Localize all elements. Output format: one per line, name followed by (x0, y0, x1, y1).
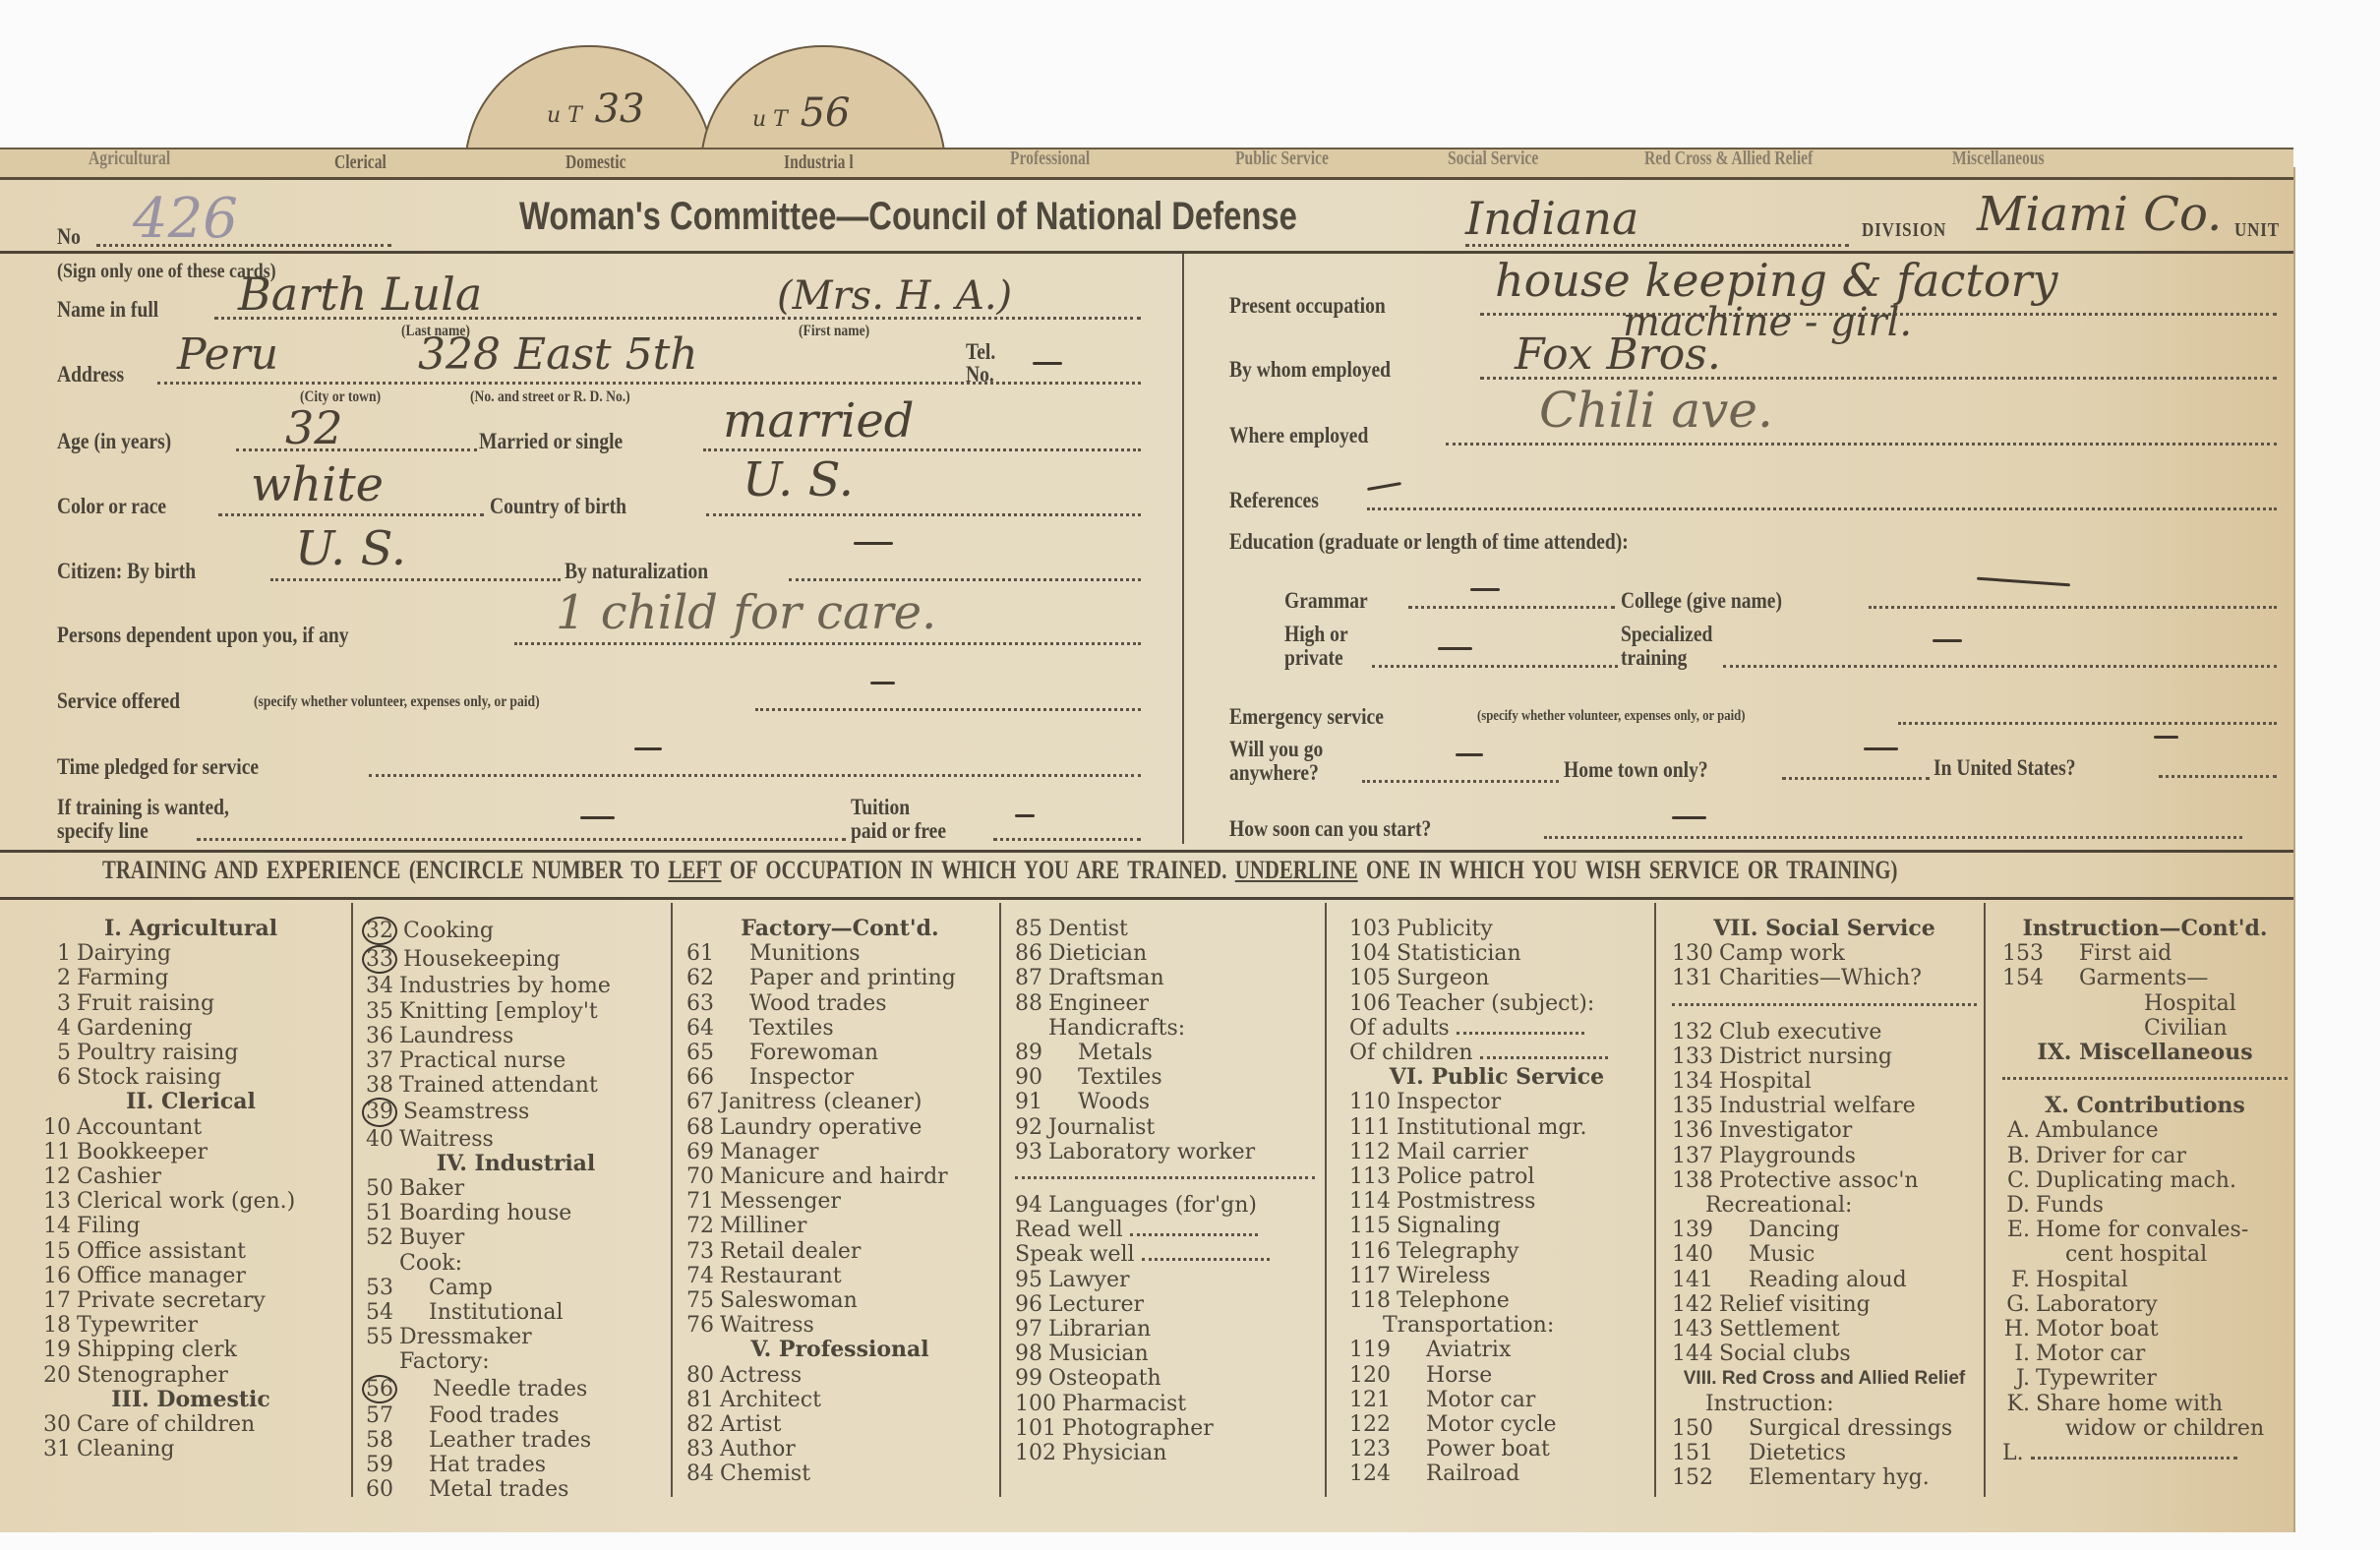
occupation-item[interactable]: 86Dietician (1015, 941, 1315, 966)
occupation-item[interactable]: 110Inspector (1349, 1090, 1644, 1114)
occupation-item[interactable]: 52Buyer (366, 1225, 666, 1250)
occupation-item[interactable]: 74Restaurant (686, 1264, 993, 1288)
occupation-item[interactable]: 136Investigator (1672, 1118, 1977, 1143)
name-label: Name in full (57, 297, 158, 323)
emergency-label: Emergency service (1229, 704, 1384, 730)
occupation-label: Industrial welfare (1719, 1094, 1916, 1118)
occupation-item[interactable]: 20Stenographer (43, 1363, 338, 1388)
occupation-number: 130 (1672, 941, 1713, 966)
occupation-number: 14 (43, 1214, 71, 1238)
occupation-item[interactable]: 96Lecturer (1015, 1292, 1315, 1317)
occupation-label: Publicity (1397, 917, 1493, 941)
citizen-field[interactable] (270, 578, 561, 581)
occupation-number: 76 (686, 1313, 714, 1338)
occupation-item[interactable]: E.Home for convales- (2002, 1218, 2288, 1242)
occupation-item[interactable]: 37Practical nurse (366, 1048, 666, 1073)
occupation-number: 66 (686, 1065, 714, 1090)
occupation-item[interactable]: 106Teacher (subject): (1349, 991, 1644, 1016)
occupation-number: 62 (686, 966, 714, 990)
occupation-item[interactable]: 101Photographer (1015, 1416, 1315, 1441)
occupation-item[interactable]: Cook: (366, 1251, 666, 1276)
occupation-number: 86 (1015, 941, 1042, 966)
occupation-item[interactable]: G.Laboratory (2002, 1292, 2288, 1317)
occupation-item[interactable]: 120Horse (1349, 1363, 1644, 1388)
state-field[interactable] (1465, 244, 1849, 247)
occupation-label: Relief visiting (1719, 1292, 1871, 1317)
occupation-label: Motor car (1397, 1388, 1535, 1412)
occupation-label: Civilian (2036, 1016, 2228, 1041)
occupation-number: 111 (1349, 1115, 1391, 1140)
race-field[interactable] (218, 513, 484, 516)
occupation-item[interactable]: I.Motor car (2002, 1341, 2288, 1366)
married-field[interactable] (703, 448, 1141, 451)
occupation-item[interactable]: 2Farming (43, 966, 338, 990)
occupation-item[interactable]: 11Bookkeeper (43, 1140, 338, 1164)
occupation-label: Transportation: (1383, 1313, 1554, 1338)
specialized-field[interactable] (1723, 665, 2277, 668)
occupation-item[interactable]: H.Motor boat (2002, 1317, 2288, 1341)
tuition-label-2: paid or free (851, 818, 946, 844)
occupation-label: Hat trades (399, 1453, 546, 1477)
occupation-item[interactable]: J.Typewriter (2002, 1366, 2288, 1391)
occupation-item[interactable]: 103Publicity (1349, 917, 1644, 941)
occupation-item[interactable]: 83Author (686, 1437, 993, 1461)
occupation-number: 112 (1349, 1140, 1391, 1164)
address-city: Peru (177, 329, 278, 380)
occupation-item[interactable]: Recreational: (1672, 1193, 1977, 1218)
occupation-item[interactable]: 93Laboratory worker (1015, 1140, 1315, 1164)
occupation-item[interactable]: 57Food trades (366, 1403, 666, 1428)
tel-value-dash (1033, 362, 1062, 365)
occupation-number: 6 (43, 1065, 71, 1090)
occupation-item[interactable]: 71Messenger (686, 1189, 993, 1214)
occupation-number: 117 (1349, 1264, 1391, 1288)
emergency-field[interactable] (1898, 722, 2277, 725)
occupation-item[interactable]: 53Camp (366, 1276, 666, 1300)
occupation-item[interactable]: 55Dressmaker (366, 1325, 666, 1349)
occupation-label: Motor cycle (1397, 1412, 1557, 1437)
occupation-item[interactable]: 10Accountant (43, 1115, 338, 1140)
occupation-item[interactable]: 81Architect (686, 1388, 993, 1412)
occupation-number: 56 (362, 1375, 397, 1403)
occupation-label: Paper and printing (720, 966, 956, 990)
occupation-item[interactable]: 63Wood trades (686, 991, 993, 1016)
occupation-number: 113 (1349, 1164, 1391, 1189)
occupation-item[interactable]: 122Motor cycle (1349, 1412, 1644, 1437)
occupation-item[interactable]: Handicrafts: (1015, 1016, 1315, 1041)
write-in-line (2002, 1069, 2288, 1080)
occupation-number: 139 (1672, 1218, 1713, 1242)
naturalization-dash (854, 542, 893, 545)
occupation-item[interactable]: 6Stock raising (43, 1065, 338, 1090)
occupation-number: 99 (1015, 1366, 1042, 1391)
occupation-item[interactable]: Factory: (366, 1349, 666, 1374)
occupation-label: Ambulance (2036, 1118, 2159, 1143)
occupation-item[interactable]: 98Musician (1015, 1341, 1315, 1366)
occupation-number: 82 (686, 1412, 714, 1437)
occupation-label: Railroad (1397, 1461, 1519, 1486)
occupation-number: 103 (1349, 917, 1391, 941)
occupation-item[interactable]: 3Fruit raising (43, 991, 338, 1016)
occupation-number: 59 (366, 1453, 393, 1477)
occupation-number: 104 (1349, 941, 1391, 966)
age-label: Age (in years) (57, 429, 171, 454)
service-label: Service offered (57, 688, 180, 714)
college-field[interactable] (1869, 606, 2277, 609)
occupation-item[interactable]: 132Club executive (1672, 1020, 1977, 1044)
occupation-label: Fruit raising (77, 991, 214, 1016)
tuition-dash (1015, 814, 1035, 817)
occupation-item[interactable]: A.Ambulance (2002, 1118, 2288, 1143)
occupation-item[interactable]: C.Duplicating mach. (2002, 1168, 2288, 1193)
occupation-item[interactable]: 135Industrial welfare (1672, 1094, 1977, 1118)
occupation-item[interactable]: 75Saleswoman (686, 1288, 993, 1313)
occupation-item[interactable]: cent hospital (2002, 1242, 2288, 1267)
high-field[interactable] (1372, 665, 1618, 668)
occupation-label: Metals (1048, 1041, 1153, 1065)
occupation-label: Seamstress (403, 1100, 529, 1124)
occupation-label: Forewoman (720, 1041, 878, 1065)
occupation-item[interactable]: Transportation: (1349, 1313, 1644, 1338)
occupation-item[interactable]: 99Osteopath (1015, 1366, 1315, 1391)
occupation-item[interactable]: 51Boarding house (366, 1201, 666, 1225)
occupation-label: Motor boat (2036, 1317, 2159, 1341)
occupation-number: 144 (1672, 1341, 1713, 1366)
us-label: In United States? (1934, 755, 2075, 781)
occupation-item[interactable]: 76Waitress (686, 1313, 993, 1338)
occupation-item[interactable]: 59Hat trades (366, 1453, 666, 1477)
occupation-item[interactable]: 124Railroad (1349, 1461, 1644, 1486)
occupation-item[interactable]: 142Relief visiting (1672, 1292, 1977, 1317)
occupation-number: 30 (43, 1412, 71, 1437)
write-in-field[interactable]: Speak well (1015, 1242, 1315, 1267)
occupation-item[interactable]: Civilian (2002, 1016, 2288, 1041)
occupation-item[interactable]: 68Laundry operative (686, 1115, 993, 1140)
occupation-item[interactable]: widow or children (2002, 1416, 2288, 1441)
occupation-item[interactable]: 66Inspector (686, 1065, 993, 1090)
occupation-item[interactable]: 15Office assistant (43, 1239, 338, 1264)
where-field[interactable] (1446, 443, 2277, 446)
occupation-number: 16 (43, 1264, 71, 1288)
occupation-label: Dressmaker (399, 1325, 532, 1349)
occupation-label: Osteopath (1048, 1366, 1161, 1391)
category-tab-strip: Agricultural Clerical Domestic Industria… (0, 148, 2293, 180)
occupation-item[interactable]: 92Journalist (1015, 1115, 1315, 1140)
college-label: College (give name) (1621, 588, 1782, 614)
occupation-item[interactable]: 112Mail carrier (1349, 1140, 1644, 1164)
occupation-item[interactable]: 80Actress (686, 1363, 993, 1388)
occupation-number: 93 (1015, 1140, 1042, 1164)
occupation-item[interactable]: 143Settlement (1672, 1317, 1977, 1341)
occupation-item[interactable]: 133District nursing (1672, 1044, 1977, 1069)
occupation-item[interactable]: 104Statistician (1349, 941, 1644, 966)
hometown-field[interactable] (1782, 777, 1930, 780)
occupation-item[interactable]: 119Aviatrix (1349, 1338, 1644, 1362)
anywhere-label-2: anywhere? (1229, 760, 1319, 786)
occupation-number: 4 (43, 1016, 71, 1041)
occupation-label: Practical nurse (399, 1048, 565, 1073)
employer-label: By whom employed (1229, 357, 1391, 383)
occupation-label: Languages (for'gn) (1048, 1193, 1257, 1218)
occupation-item[interactable]: 33Housekeeping (366, 945, 666, 974)
occupation-number: 102 (1015, 1441, 1056, 1465)
write-in-field[interactable]: Of adults (1349, 1016, 1644, 1041)
occupation-item[interactable]: 111Institutional mgr. (1349, 1115, 1644, 1140)
occupation-label: Duplicating mach. (2036, 1168, 2236, 1193)
occupation-item[interactable]: 60Metal trades (366, 1477, 666, 1502)
occupation-label: Farming (77, 966, 169, 990)
occupation-item[interactable]: 34Industries by home (366, 974, 666, 998)
occupation-item[interactable]: 130Camp work (1672, 941, 1977, 966)
occupation-number: 57 (366, 1403, 393, 1428)
occupation-item[interactable]: 116Telegraphy (1349, 1239, 1644, 1264)
occupation-number: 142 (1672, 1292, 1713, 1317)
category-heading: II. Clerical (43, 1090, 338, 1114)
occupation-item[interactable]: 85Dentist (1015, 917, 1315, 941)
occupation-label: Settlement (1719, 1317, 1840, 1341)
occupation-label: Retail dealer (720, 1239, 861, 1264)
occupation-number: 71 (686, 1189, 714, 1214)
occupation-label: Textiles (720, 1016, 834, 1041)
occupation-number: F. (2002, 1268, 2030, 1292)
dependents-field[interactable] (514, 642, 1141, 645)
occupation-column-4: 85Dentist86Dietician87Draftsman88Enginee… (1015, 917, 1315, 1465)
occupation-item[interactable]: 140Music (1672, 1242, 1977, 1267)
occupation-number: 5 (43, 1041, 71, 1065)
anywhere-field[interactable] (1362, 780, 1559, 783)
occupation-item[interactable]: D.Funds (2002, 1193, 2288, 1218)
occupation-item[interactable]: 113Police patrol (1349, 1164, 1644, 1189)
occupation-item[interactable]: 131Charities—Which? (1672, 966, 1977, 990)
occupation-number: G. (2002, 1292, 2030, 1317)
occupation-item[interactable]: 73Retail dealer (686, 1239, 993, 1264)
dependents-value: 1 child for care. (556, 585, 936, 640)
occupation-item[interactable]: 141Reading aloud (1672, 1268, 1977, 1292)
occupation-item[interactable]: 69Manager (686, 1140, 993, 1164)
category-heading: IX. Miscellaneous (2002, 1041, 2288, 1065)
category-heading: Factory—Cont'd. (686, 917, 993, 941)
occupation-number: 89 (1015, 1041, 1042, 1065)
occupation-item[interactable]: 105Surgeon (1349, 966, 1644, 990)
col-divider-2 (671, 903, 673, 1497)
occupation-item[interactable]: 14Filing (43, 1214, 338, 1238)
occupation-item[interactable]: 16Office manager (43, 1264, 338, 1288)
occupation-column-3: Factory—Cont'd.61Munitions62Paper and pr… (686, 917, 993, 1487)
occupation-item[interactable]: 134Hospital (1672, 1069, 1977, 1094)
occupation-label: Lecturer (1048, 1292, 1144, 1317)
write-in-field[interactable]: Of children (1349, 1041, 1644, 1065)
occupation-number: 36 (366, 1024, 393, 1048)
occupation-item[interactable]: 144Social clubs (1672, 1341, 1977, 1366)
occupation-number: 116 (1349, 1239, 1391, 1264)
occupation-item[interactable]: 1Dairying (43, 941, 338, 966)
country-field[interactable] (706, 513, 1141, 516)
occupation-item[interactable]: 102Physician (1015, 1441, 1315, 1465)
occupation-number: 88 (1015, 991, 1042, 1016)
occupation-item[interactable]: F.Hospital (2002, 1268, 2288, 1292)
occupation-number: 136 (1672, 1118, 1713, 1143)
occupation-item[interactable]: 154Garments— (2002, 966, 2288, 990)
occupation-label: Inspector (1397, 1090, 1501, 1114)
occupation-item[interactable]: 118Telephone (1349, 1288, 1644, 1313)
occupation-label: Food trades (399, 1403, 560, 1428)
occupation-item[interactable]: 50Baker (366, 1176, 666, 1201)
occupation-item[interactable]: 4Gardening (43, 1016, 338, 1041)
occupation-label: Power boat (1397, 1437, 1550, 1461)
occupation-item[interactable]: 82Artist (686, 1412, 993, 1437)
start-field[interactable] (1544, 836, 2242, 839)
occupation-number: 152 (1672, 1465, 1713, 1490)
occupation-label: Bookkeeper (77, 1140, 208, 1164)
occupation-label: Physician (1062, 1441, 1166, 1465)
occupation-label: Dancing (1719, 1218, 1840, 1242)
occupation-item[interactable]: 56Needle trades (366, 1375, 666, 1403)
occupation-item[interactable]: 17Private secretary (43, 1288, 338, 1313)
occupation-number: 135 (1672, 1094, 1713, 1118)
occupation-number: 100 (1015, 1392, 1056, 1416)
occupation-label: Author (720, 1437, 796, 1461)
occupation-number: 61 (686, 941, 714, 966)
occupation-item[interactable]: 114Postmistress (1349, 1189, 1644, 1214)
grammar-field[interactable] (1408, 606, 1615, 609)
occupation-label: Mail carrier (1397, 1140, 1528, 1164)
occupation-item[interactable]: 12Cashier (43, 1164, 338, 1189)
occupation-item[interactable]: 95Lawyer (1015, 1268, 1315, 1292)
occupation-label: Stock raising (77, 1065, 221, 1090)
occupation-item[interactable]: 151Dietetics (1672, 1441, 1977, 1465)
name-value-first: (Mrs. H. A.) (777, 273, 1012, 319)
occupation-label: Musician (1048, 1341, 1149, 1366)
occupation-label: Garments— (2050, 966, 2208, 990)
occupation-item[interactable]: 19Shipping clerk (43, 1338, 338, 1362)
occupation-number: 10 (43, 1115, 71, 1140)
occupation-item[interactable]: 152Elementary hyg. (1672, 1465, 1977, 1490)
occupation-item[interactable]: 139Dancing (1672, 1218, 1977, 1242)
occupation-item[interactable]: 121Motor car (1349, 1388, 1644, 1412)
occupation-label: Laundry operative (720, 1115, 922, 1140)
occupation-item[interactable]: 36Laundress (366, 1024, 666, 1048)
occupation-label: Telephone (1397, 1288, 1510, 1313)
tab-label-domestic: Domestic (565, 151, 626, 174)
occupation-number: 96 (1015, 1292, 1042, 1317)
occupation-item[interactable]: B.Driver for car (2002, 1144, 2288, 1168)
occupation-item[interactable]: 89Metals (1015, 1041, 1315, 1065)
occupation-label: Recreational: (1705, 1193, 1852, 1218)
occupation-label: Private secretary (77, 1288, 266, 1313)
occupation-item[interactable]: 54Institutional (366, 1300, 666, 1325)
occupation-label: Shipping clerk (77, 1338, 237, 1362)
tab-label-social-service: Social Service (1448, 148, 1538, 170)
occupation-number: 153 (2002, 941, 2044, 966)
occupation-item[interactable]: 64Textiles (686, 1016, 993, 1041)
occupation-item[interactable]: 87Draftsman (1015, 966, 1315, 990)
occupation-label: Leather trades (399, 1428, 591, 1453)
specialized-label-1: Specialized (1621, 622, 1712, 647)
occupation-number: H. (2002, 1317, 2030, 1341)
occupation-item[interactable]: 100Pharmacist (1015, 1392, 1315, 1416)
write-in-field[interactable]: L. (2002, 1441, 2288, 1465)
occupation-item[interactable]: 39Seamstress (366, 1098, 666, 1126)
occupation-item[interactable]: 35Knitting [employ't (366, 999, 666, 1024)
occupation-label: Instruction: (1705, 1392, 1834, 1416)
occupation-item[interactable]: 38Trained attendant (366, 1073, 666, 1098)
write-in-field[interactable]: Read well (1015, 1218, 1315, 1242)
occupation-label: Reading aloud (1719, 1268, 1907, 1292)
age-field[interactable] (236, 448, 477, 451)
occupation-number: 123 (1349, 1437, 1391, 1461)
occupation-number: 55 (366, 1325, 393, 1349)
occupation-item[interactable]: 70Manicure and hairdr (686, 1164, 993, 1189)
occupation-item[interactable]: 72Milliner (686, 1214, 993, 1238)
occupation-item[interactable]: 88Engineer (1015, 991, 1315, 1016)
specialized-dash (1933, 639, 1962, 642)
training-field[interactable] (197, 838, 846, 841)
occupation-item[interactable]: 32Cooking (366, 917, 666, 945)
occupation-item[interactable]: 138Protective assoc'n (1672, 1168, 1977, 1193)
tab-label-miscellaneous: Miscellaneous (1952, 148, 2045, 170)
occupation-label: Janitress (cleaner) (720, 1090, 922, 1114)
occupation-item[interactable]: 94Languages (for'gn) (1015, 1193, 1315, 1218)
us-field[interactable] (2159, 775, 2277, 778)
occupation-label: Playgrounds (1719, 1144, 1856, 1168)
occupation-label: Woods (1048, 1090, 1150, 1114)
occupation-label: Elementary hyg. (1719, 1465, 1930, 1490)
occupation-number: K. (2002, 1392, 2030, 1416)
occupation-item[interactable]: 18Typewriter (43, 1313, 338, 1338)
naturalization-field[interactable] (789, 578, 1141, 581)
occupation-item[interactable]: 117Wireless (1349, 1264, 1644, 1288)
occupation-item[interactable]: 150Surgical dressings (1672, 1416, 1977, 1441)
occupation-item[interactable]: 65Forewoman (686, 1041, 993, 1065)
occupation-number: 140 (1672, 1242, 1713, 1267)
occupation-item[interactable]: 61Munitions (686, 941, 993, 966)
references-field[interactable] (1367, 507, 2277, 510)
occupation-item[interactable]: 84Chemist (686, 1461, 993, 1486)
occupation-number: 75 (686, 1288, 714, 1313)
occupation-item[interactable]: 91Woods (1015, 1090, 1315, 1114)
occupation-label: District nursing (1719, 1044, 1892, 1069)
occupation-item[interactable]: Hospital (2002, 991, 2288, 1016)
occupation-item[interactable]: Instruction: (1672, 1392, 1977, 1416)
occupation-item[interactable]: 31Cleaning (43, 1437, 338, 1461)
occupation-item[interactable]: 5Poultry raising (43, 1041, 338, 1065)
occupation-item[interactable]: 97Librarian (1015, 1317, 1315, 1341)
occupation-item[interactable]: 67Janitress (cleaner) (686, 1090, 993, 1114)
occupation-item[interactable]: 137Playgrounds (1672, 1144, 1977, 1168)
occupation-number: D. (2002, 1193, 2030, 1218)
occupation-label: Motor car (2036, 1341, 2145, 1366)
tuition-field[interactable] (993, 838, 1141, 841)
occupation-item[interactable]: 58Leather trades (366, 1428, 666, 1453)
occupation-number: 39 (362, 1098, 397, 1126)
occupation-number: 12 (43, 1164, 71, 1189)
occupation-item[interactable]: 153First aid (2002, 941, 2288, 966)
occupation-number: 58 (366, 1428, 393, 1453)
occupation-label: Investigator (1719, 1118, 1852, 1143)
occupation-item[interactable]: 13Clerical work (gen.) (43, 1189, 338, 1214)
service-field[interactable] (755, 708, 1141, 711)
occupation-number: 19 (43, 1338, 71, 1362)
occupation-item[interactable]: 40Waitress (366, 1127, 666, 1152)
time-field[interactable] (369, 774, 1141, 777)
occupation-item[interactable]: 30Care of children (43, 1412, 338, 1437)
occupation-label: Needle trades (403, 1377, 587, 1401)
occupation-item[interactable]: 90Textiles (1015, 1065, 1315, 1090)
occupation-item[interactable]: K.Share home with (2002, 1392, 2288, 1416)
occupation-item[interactable]: 123Power boat (1349, 1437, 1644, 1461)
occupation-item[interactable]: 115Signaling (1349, 1214, 1644, 1238)
occupation-item[interactable]: 62Paper and printing (686, 966, 993, 990)
